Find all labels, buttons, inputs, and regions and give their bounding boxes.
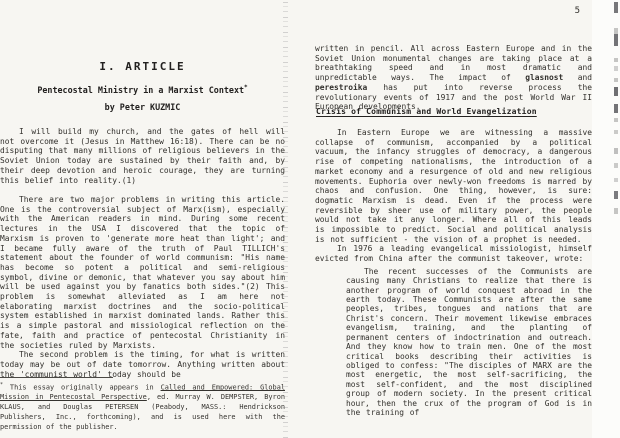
page-number: 5 (575, 6, 580, 16)
right-paragraph-1: written in pencil. All across Eastern Eu… (315, 44, 592, 112)
left-page: I. ARTICLE Pentecostal Ministry in a Mar… (0, 0, 285, 438)
right-page: 5 written in pencil. All across Eastern … (315, 0, 592, 438)
byline: by Peter KUZMIC (0, 102, 285, 112)
perestroika-term: perestroika (315, 83, 367, 92)
scanned-document-spread: I. ARTICLE Pentecostal Ministry in a Mar… (0, 0, 620, 438)
left-paragraph-1: I will build my church, and the gates of… (0, 127, 285, 185)
footnote-marker: * (0, 382, 3, 388)
footnote-pre: This essay originally appears in (10, 383, 161, 391)
left-paragraph-3: The second problem is the timing, for wh… (0, 350, 285, 379)
article-title-text: Pentecostal Ministry in a Marxist Contex… (37, 85, 244, 95)
right-paragraph-1-mid: and (563, 73, 592, 82)
right-paragraph-2: In Eastern Europe we are witnessing a ma… (315, 128, 592, 244)
title-footnote-marker: * (244, 84, 248, 91)
scan-edge-artifacts (610, 0, 620, 438)
section-title: I. ARTICLE (0, 60, 285, 73)
glasnost-term: glasnost (525, 73, 563, 82)
article-title: Pentecostal Ministry in a Marxist Contex… (0, 84, 285, 95)
block-quote: The recent successes of the Communists a… (346, 267, 592, 418)
footnote-block: * This essay originally appears in Calle… (0, 377, 285, 432)
section-heading: Crisis of Communism and World Evangeliza… (316, 107, 593, 116)
binding-gutter-artifacts (283, 0, 288, 438)
left-paragraph-2: There are two major problems in writing … (0, 195, 285, 350)
right-paragraph-3: In 1976 a leading evangelical missiologi… (315, 244, 592, 263)
left-paragraph-group: There are two major problems in writing … (0, 195, 285, 379)
right-paragraph-group: In Eastern Europe we are witnessing a ma… (315, 128, 592, 417)
footnote-divider (0, 377, 113, 378)
footnote-text: * This essay originally appears in Calle… (0, 380, 285, 432)
